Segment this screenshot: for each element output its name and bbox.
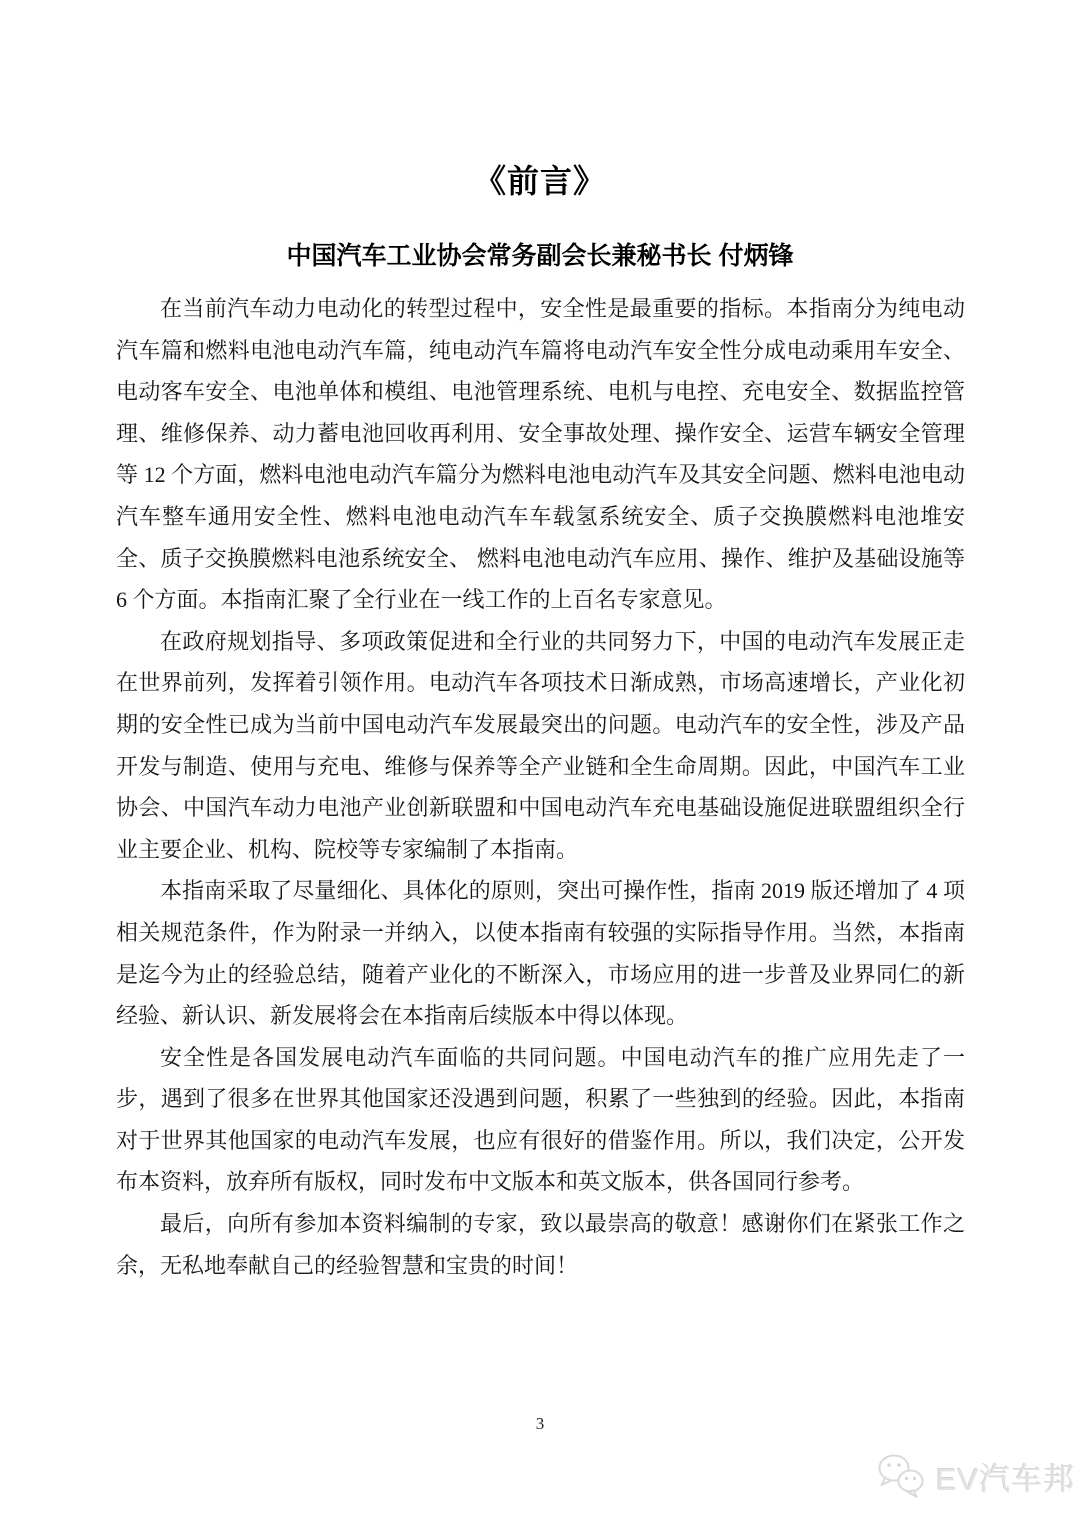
- brand-watermark: EV汽车邦: [876, 1452, 1075, 1500]
- body-paragraph: 在政府规划指导、多项政策促进和全行业的共同努力下，中国的电动汽车发展正走在世界前…: [116, 621, 965, 871]
- body-paragraph: 在当前汽车动力电动化的转型过程中，安全性是最重要的指标。本指南分为纯电动汽车篇和…: [116, 288, 965, 621]
- body-paragraph: 安全性是各国发展电动汽车面临的共同问题。中国电动汽车的推广应用先走了一步，遇到了…: [116, 1037, 965, 1203]
- brand-name: EV汽车邦: [936, 1454, 1075, 1499]
- page-title: 《前言》: [0, 156, 1080, 202]
- body-paragraph: 最后，向所有参加本资料编制的专家，致以最崇高的敬意！感谢你们在紧张工作之余，无私…: [116, 1203, 965, 1286]
- body-text: 在当前汽车动力电动化的转型过程中，安全性是最重要的指标。本指南分为纯电动汽车篇和…: [116, 288, 965, 1286]
- author-byline: 中国汽车工业协会常务副会长兼秘书长 付炳锋: [0, 236, 1080, 272]
- wechat-icon: [876, 1452, 928, 1500]
- page-number: 3: [0, 1414, 1080, 1434]
- body-paragraph: 本指南采取了尽量细化、具体化的原则，突出可操作性，指南 2019 版还增加了 4…: [116, 870, 965, 1036]
- document-page: 《前言》 中国汽车工业协会常务副会长兼秘书长 付炳锋 在当前汽车动力电动化的转型…: [0, 0, 1080, 1527]
